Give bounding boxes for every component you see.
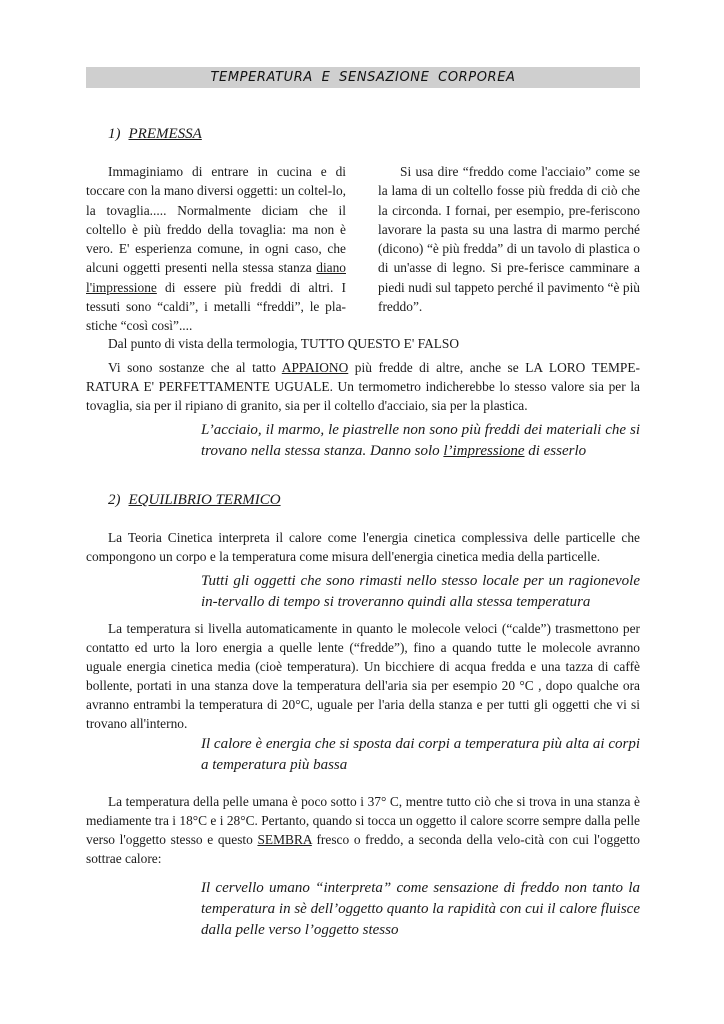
column-right: Si usa dire “freddo come l'acciaio” come… xyxy=(378,162,640,316)
paragraph-pelle: La temperatura della pelle umana è poco … xyxy=(86,792,640,868)
quote-acciaio: L’acciaio, il marmo, le piastrelle non s… xyxy=(201,420,640,462)
section-heading-equilibrio: 2)EQUILIBRIO TERMICO xyxy=(108,492,281,509)
quote-stessa-temperatura: Tutti gli oggetti che sono rimasti nello… xyxy=(201,571,640,613)
section-title: PREMESSA xyxy=(129,126,202,142)
column-left: Immaginiamo di entrare in cucina e di to… xyxy=(86,162,346,336)
text: Immaginiamo di entrare in cucina e di to… xyxy=(86,164,346,275)
quote-cervello: Il cervello umano “interpreta” come sens… xyxy=(201,878,640,941)
text: Tutti gli oggetti che sono rimasti nello… xyxy=(201,573,640,610)
paragraph-appaiono: Vi sono sostanze che al tatto APPAIONO p… xyxy=(86,358,640,415)
section-number: 2) xyxy=(108,492,121,508)
text: di esserlo xyxy=(524,443,586,459)
underlined-text: APPAIONO xyxy=(282,360,348,375)
document-title: TEMPERATURA E SENSAZIONE CORPOREA xyxy=(86,67,640,88)
section-number: 1) xyxy=(108,126,121,142)
quote-calore-energia: Il calore è energia che si sposta dai co… xyxy=(201,734,640,776)
underlined-text: SEMBRA xyxy=(257,832,311,847)
text: La temperatura si livella automaticament… xyxy=(86,619,640,733)
paragraph-teoria-cinetica: La Teoria Cinetica interpreta il calore … xyxy=(86,528,640,566)
text: Si usa dire “freddo come l'acciaio” come… xyxy=(378,162,640,316)
section-title: EQUILIBRIO TERMICO xyxy=(129,492,281,508)
document-title-bar: TEMPERATURA E SENSAZIONE CORPOREA xyxy=(86,67,640,88)
text: La Teoria Cinetica interpreta il calore … xyxy=(86,528,640,566)
section-heading-premessa: 1)PREMESSA xyxy=(108,126,202,143)
paragraph-livella: La temperatura si livella automaticament… xyxy=(86,619,640,733)
text: Vi sono sostanze che al tatto xyxy=(108,360,282,375)
text: Dal punto di vista della termologia, TUT… xyxy=(86,334,640,353)
text: Il calore è energia che si sposta dai co… xyxy=(201,736,640,773)
underlined-text: l’impressione xyxy=(443,443,524,459)
text: Il cervello umano “interpreta” come sens… xyxy=(201,880,640,938)
paragraph-falso: Dal punto di vista della termologia, TUT… xyxy=(86,334,640,353)
